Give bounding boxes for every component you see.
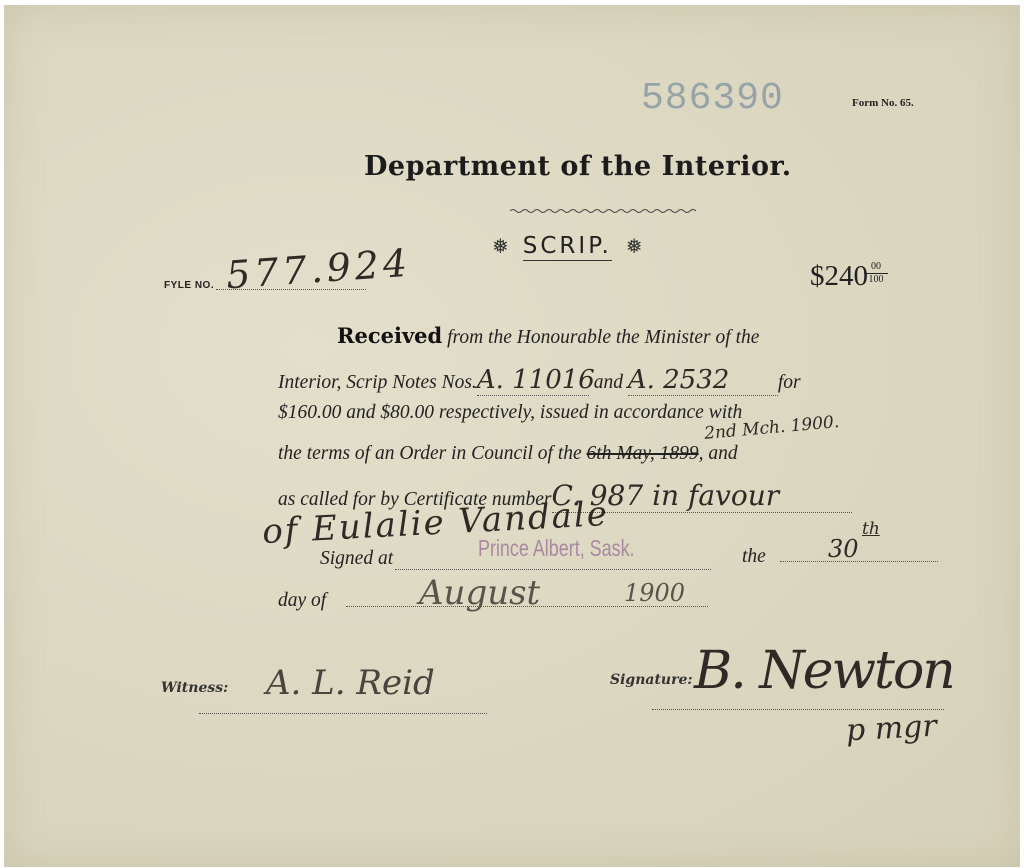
- day-of-label: day of: [278, 590, 326, 612]
- department-title: Department of the Interior.: [364, 151, 792, 182]
- amount-cents: 00 100: [864, 261, 888, 286]
- body-line-4: the terms of an Order in Council of the …: [278, 443, 738, 465]
- scrip-heading: ❅ SCRIP. ❅: [492, 233, 643, 261]
- body-text: for: [778, 372, 801, 393]
- body-text: , and: [699, 443, 738, 464]
- form-number: Form No. 65.: [852, 97, 914, 109]
- body-line-1: Received from the Honourable the Ministe…: [337, 323, 759, 349]
- body-text: and: [594, 372, 623, 393]
- scrip-receipt-document: 586390 Form No. 65. Department of the In…: [4, 5, 1020, 867]
- cents-numerator: 00: [864, 261, 888, 274]
- day-value: 30: [828, 535, 859, 563]
- month-value: August: [419, 573, 540, 613]
- body-text: the terms of an Order in Council of the: [278, 443, 582, 464]
- scrip-note-1: A. 11016: [477, 365, 589, 396]
- cents-denominator: 100: [864, 274, 888, 286]
- witness-signature: A. L. Reid: [266, 663, 435, 703]
- signature: B. Newton: [694, 641, 954, 701]
- witness-label: Witness:: [161, 680, 228, 696]
- struck-order-date: 6th May, 1899: [587, 443, 699, 464]
- flower-ornament-icon: ❅: [492, 237, 509, 257]
- scrip-title: SCRIP.: [523, 233, 612, 261]
- body-text: Interior, Scrip Notes Nos.: [278, 372, 477, 393]
- witness-line: [199, 713, 487, 714]
- the-label: the: [742, 546, 766, 568]
- amount-dollars: $240: [810, 260, 868, 293]
- serial-number-stamp: 586390: [641, 77, 784, 120]
- scrip-note-2: A. 2532: [628, 365, 778, 396]
- signature-label: Signature:: [610, 672, 693, 688]
- fyle-number-label: FYLE NO.: [164, 280, 214, 291]
- wavy-divider: [510, 207, 696, 215]
- fyle-number-value: 577.924: [225, 241, 413, 298]
- signature-annotation: p mgr: [845, 709, 937, 749]
- body-line-2: Interior, Scrip Notes Nos.A. 11016 and A…: [278, 365, 801, 396]
- year-value: 1900: [624, 579, 685, 607]
- received-word: Received: [337, 323, 442, 348]
- signed-at-text: Signed at: [320, 548, 393, 569]
- day-line: [780, 561, 938, 562]
- day-suffix: th: [862, 519, 880, 539]
- place-stamp: Prince Albert, Sask.: [478, 535, 635, 562]
- flower-ornament-icon: ❅: [626, 237, 643, 257]
- body-text: from the Honourable the Minister of the: [447, 327, 759, 348]
- body-line-3: $160.00 and $80.00 respectively, issued …: [278, 402, 742, 424]
